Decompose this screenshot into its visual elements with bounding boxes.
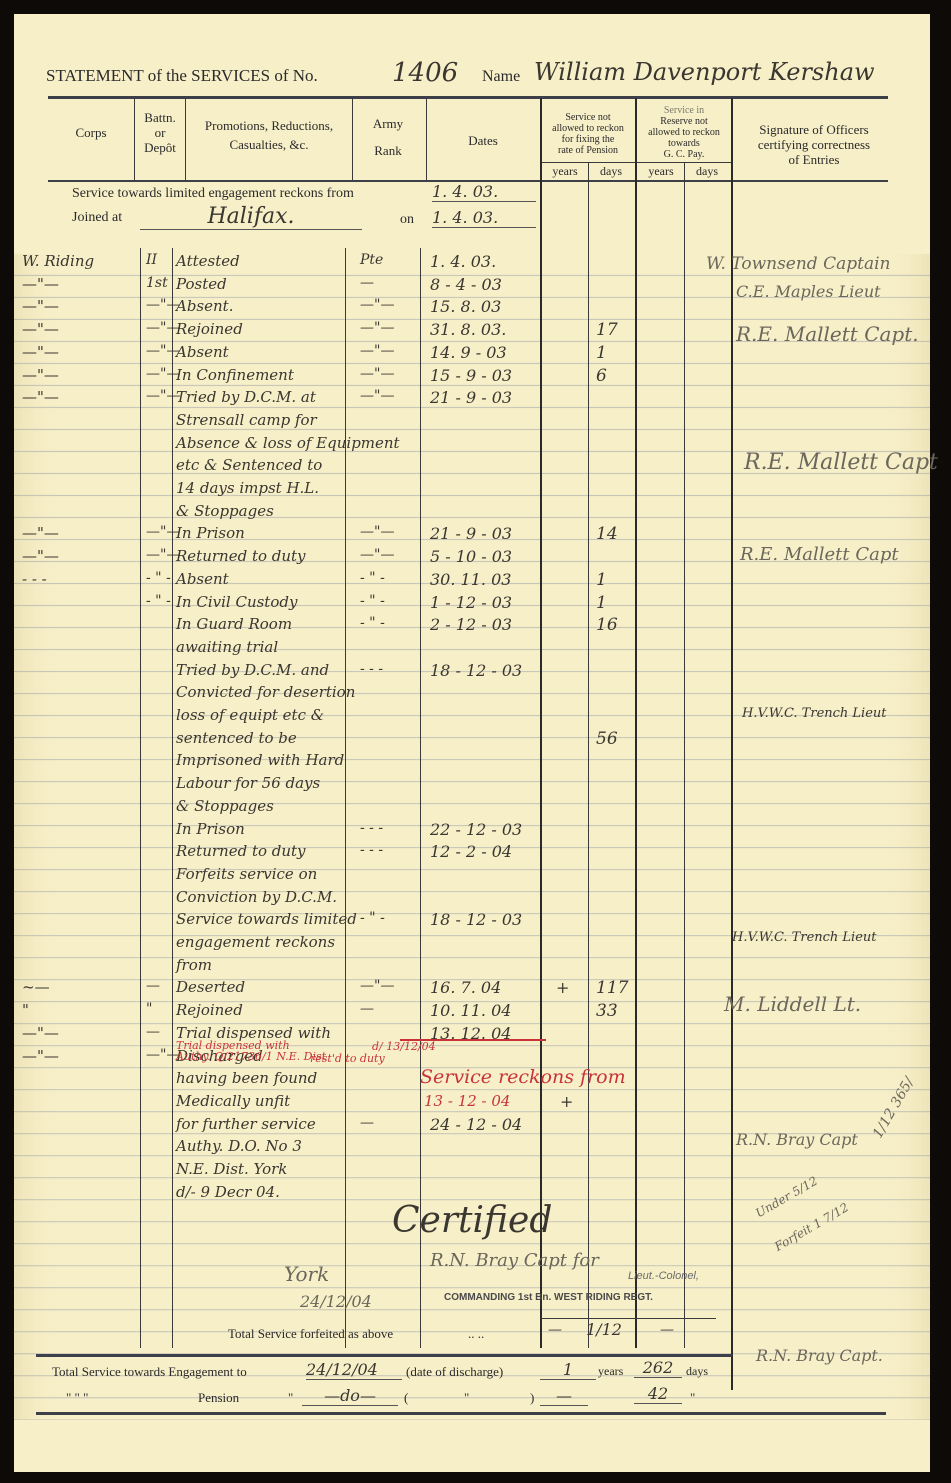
entry-rank: - - - [360,820,383,836]
entry-event: Service towards limited [176,910,357,928]
entry-date: 24 - 12 - 04 [430,1115,522,1134]
col-divider [684,162,685,1348]
col-pension-1: Service not [540,112,636,123]
col-divider [420,248,421,1348]
entry-days: 1 [596,343,607,363]
signature: M. Liddell Lt. [724,992,861,1016]
entry-event: Tried by D.C.M. and [176,661,329,679]
entry-rank: —"— [360,320,394,336]
entry-corps: —"— [22,343,59,361]
red-reckons-note: Service reckons from [420,1066,626,1088]
pension-days: 42 [634,1384,682,1404]
entry-battalion: " [146,1001,152,1017]
col-reserve-2: Reserve not [636,116,732,127]
page-footer-area [14,1420,930,1472]
entry-rank: - - - [360,842,383,858]
col-reserve-1: Service in [636,105,732,116]
entry-rank: —"— [360,366,394,382]
pension-ditto: " " " [66,1390,88,1406]
certified-date: 24/12/04 [300,1292,372,1311]
header-top-rule [48,96,888,99]
discharge-label: (date of discharge) [406,1364,503,1380]
signature: R.E. Mallett Capt [744,450,938,475]
entry-event: from [176,956,212,974]
col-batt-2: or [136,125,184,140]
entry-date: 18 - 12 - 03 [430,910,522,929]
entry-event: Rejoined [176,320,243,338]
entry-corps: ~— [22,978,50,996]
stamp-unit: COMMANDING 1st Bn. WEST RIDING REGT. [444,1292,653,1303]
entry-battalion: — [146,1024,160,1040]
entry-years: + [556,978,569,997]
col-pension-2: allowed to reckon [540,123,636,134]
entry-date: 8 - 4 - 03 [430,275,502,294]
col-reserve-5: G. C. Pay. [636,149,732,160]
col-rank-1: Army [352,116,424,131]
entry-date: 22 - 12 - 03 [430,820,522,839]
signature: H.V.W.C. Trench Lieut [742,706,887,721]
signature: C.E. Maples Lieut [736,282,881,301]
days-label: days [686,1364,708,1379]
forfeited-years: — [548,1322,562,1338]
entry-date: 21 - 9 - 03 [430,388,512,407]
entry-days: 17 [596,320,618,340]
signature: W. Townsend Captain [706,254,890,274]
entry-days: 14 [596,524,618,544]
entry-event: loss of equipt etc & [176,706,324,724]
entry-corps: " [22,1001,29,1019]
years-days-rule [542,162,732,163]
entry-corps: —"— [22,1047,59,1065]
entry-event: Returned to duty [176,842,306,860]
col-divider [731,98,733,1390]
col-reserve-4: towards [636,138,732,149]
entry-date: 30. 11. 03 [430,570,511,589]
form-title: STATEMENT of the SERVICES of No. [46,66,318,86]
pension-paren-ditto: " [464,1390,469,1406]
entry-event: Forfeits service on [176,865,317,883]
engagement-label: Service towards limited engagement recko… [72,186,354,202]
entry-event: Labour for 56 days [176,774,320,792]
col-divider [540,98,542,1348]
entry-date: 21 - 9 - 03 [430,524,512,543]
entry-event: In Prison [176,524,245,542]
entry-rank: —"— [360,297,394,313]
entry-event: In Guard Room [176,615,292,633]
years-label: years [598,1364,623,1379]
col-reserve-days: days [684,166,730,177]
forfeited-days: 1/12 [586,1320,622,1339]
col-batt-1: Battn. [136,110,184,125]
entry-days: 56 [596,729,618,749]
col-batt-3: Depôt [136,140,184,155]
entry-battalion: II [146,252,157,268]
totals-top-rule [36,1354,732,1357]
entry-event: N.E. Dist. York [176,1160,287,1178]
col-pension-years: years [542,166,588,177]
on-label: on [400,212,414,228]
stamp-rank: Lieut.-Colonel, [628,1270,699,1282]
entry-date: 15 - 9 - 03 [430,366,512,385]
entry-rank: — [360,1115,374,1131]
engagement-total-label: Total Service towards Engagement to [52,1364,247,1380]
plus-mark: + [560,1092,573,1111]
engagement-total-days: 262 [634,1358,682,1378]
entry-event: Attested [176,252,240,270]
entry-event: etc & Sentenced to [176,456,322,474]
entry-event: awaiting trial [176,638,278,656]
entry-days: 117 [596,978,628,998]
pension-ditto-2: " [288,1390,293,1406]
totals-bottom-rule [36,1412,886,1415]
entry-date: 12 - 2 - 04 [430,842,512,861]
col-signature-3: of Entries [734,152,894,167]
entry-event: In Civil Custody [176,593,297,611]
red-reckons-date: 13 - 12 - 04 [424,1092,510,1110]
joined-date: 1. 4. 03. [432,208,536,228]
entry-corps: —"— [22,1024,59,1042]
entry-days: 1 [596,593,607,613]
entry-event: Returned to duty [176,547,306,565]
signature: R.N. Bray Capt [736,1130,858,1149]
entry-rank: —"— [360,547,394,563]
entry-battalion: - " - [146,570,171,586]
certified-place: York [284,1262,329,1286]
entry-corps: —"— [22,547,59,565]
entry-corps: —"— [22,366,59,384]
entry-event: having been found [176,1069,317,1087]
entry-date: 1 - 12 - 03 [430,593,512,612]
entry-event: 14 days impst H.L. [176,479,319,497]
certified-signature: R.N. Bray Capt for [430,1250,599,1271]
entry-event: In Prison [176,820,245,838]
entry-rank: —"— [360,343,394,359]
col-reserve-years: years [638,166,684,177]
entry-event: Strensall camp for [176,411,317,429]
entry-corps: - - - [22,570,47,588]
forfeited-dots: .. .. [468,1326,484,1342]
joined-label: Joined at [72,210,122,226]
entry-event: Authy. D.O. No 3 [176,1137,302,1155]
entry-date: 31. 8. 03. [430,320,506,339]
hdr-divider [352,98,353,180]
signature: H.V.W.C. Trench Lieut [732,930,877,945]
entry-rank: - " - [360,570,385,586]
col-rank-2: Rank [352,143,424,158]
red-trial-note: Trial dispensed with Authy. Q/21736/1 N.… [176,1040,326,1062]
col-signature-1: Signature of Officers [734,122,894,137]
engagement-date: 1. 4. 03. [432,182,536,202]
entry-event: Deserted [176,978,245,996]
entry-date: 15. 8. 03 [430,297,501,316]
col-reserve-3: allowed to reckon [636,127,732,138]
engagement-total-years: 1 [540,1360,596,1380]
signature: R.E. Mallett Capt. [736,322,919,346]
soldier-name: William Davenport Kershaw [534,58,875,86]
entry-event: Absent [176,343,229,361]
entry-rank: —"— [360,524,394,540]
col-divider [345,248,346,1348]
red-date-note: d/ 13/12/04 [372,1040,436,1053]
col-promotions-2: Casualties, &c. [186,137,352,152]
entry-rank: — [360,1001,374,1017]
entry-rank: —"— [360,978,394,994]
pension-value: —do— [302,1386,398,1406]
entry-date: 1. 4. 03. [430,252,496,271]
name-label: Name [482,68,520,86]
entry-event: & Stoppages [176,797,274,815]
entry-event: Rejoined [176,1001,243,1019]
entry-corps: —"— [22,275,59,293]
entry-rank: Pte [360,252,383,268]
totals-rule [540,1318,716,1319]
service-number: 1406 [392,58,458,88]
col-signature-2: certifying correctness [734,137,894,152]
pension-label: Pension [198,1390,239,1406]
entry-rank: - - - [360,661,383,677]
entry-battalion: — [146,978,160,994]
col-divider [588,162,589,1348]
entry-event: engagement reckons [176,933,335,951]
entry-corps: —"— [22,388,59,406]
entry-corps: —"— [22,297,59,315]
certified-word: Certified [392,1200,552,1241]
entry-date: 5 - 10 - 03 [430,547,512,566]
entry-days: 1 [596,570,607,590]
joined-place: Halifax. [140,204,362,230]
pension-days-ditto: " [690,1390,695,1406]
entry-event: In Confinement [176,366,294,384]
entry-event: for further service [176,1115,316,1133]
entry-event: Absence & loss of Equipment [176,434,400,452]
entry-event: Imprisoned with Hard [176,751,344,769]
entry-event: Conviction by D.C.M. [176,888,337,906]
col-dates: Dates [428,133,538,148]
col-pension-days: days [588,166,634,177]
col-promotions-1: Promotions, Reductions, [186,118,352,133]
entry-days: 6 [596,366,607,386]
entry-event: d/- 9 Decr 04. [176,1183,280,1201]
pension-years: — [540,1386,588,1406]
entry-date: 18 - 12 - 03 [430,661,522,680]
forfeited-reserve: — [660,1322,674,1338]
entry-event: Absent. [176,297,233,315]
pension-paren-open: ( [404,1390,408,1406]
entry-days: 16 [596,615,618,635]
entry-event: & Stoppages [176,502,274,520]
entry-event: Posted [176,275,227,293]
entry-event: Medically unfit [176,1092,290,1110]
entry-date: 14. 9 - 03 [430,343,507,362]
entry-event: sentenced to be [176,729,297,747]
red-underline [400,1039,546,1041]
col-divider [172,248,173,1348]
entry-rank: —"— [360,388,394,404]
entry-battalion: - " - [146,593,171,609]
entry-event: Convicted for desertion [176,683,355,701]
red-restored-note: rest'd to duty [310,1052,385,1065]
col-pension-3: for fixing the [540,134,636,145]
hdr-divider [426,98,427,180]
hdr-divider [134,98,135,180]
col-divider [140,248,141,1348]
entry-rank: — [360,275,374,291]
signature: R.E. Mallett Capt [740,544,899,565]
hdr-divider [185,98,186,180]
engagement-total-date: 24/12/04 [306,1360,402,1380]
entry-date: 10. 11. 04 [430,1001,511,1020]
col-divider [635,98,637,1348]
entry-battalion: 1st [146,275,168,291]
entry-rank: - " - [360,615,385,631]
entry-corps: —"— [22,320,59,338]
col-pension-4: rate of Pension [540,145,636,156]
col-corps: Corps [48,125,134,140]
entry-date: 16. 7. 04 [430,978,501,997]
entry-event: Absent [176,570,229,588]
signature: R.N. Bray Capt. [756,1346,883,1365]
entry-rank: - " - [360,910,385,926]
entry-date: 2 - 12 - 03 [430,615,512,634]
entry-corps: —"— [22,524,59,542]
entry-event: Tried by D.C.M. at [176,388,316,406]
forfeited-label: Total Service forfeited as above [228,1326,393,1342]
entry-rank: - " - [360,593,385,609]
entry-days: 33 [596,1001,618,1021]
entry-corps: W. Riding [22,252,94,270]
pension-paren-close: ) [530,1390,534,1406]
